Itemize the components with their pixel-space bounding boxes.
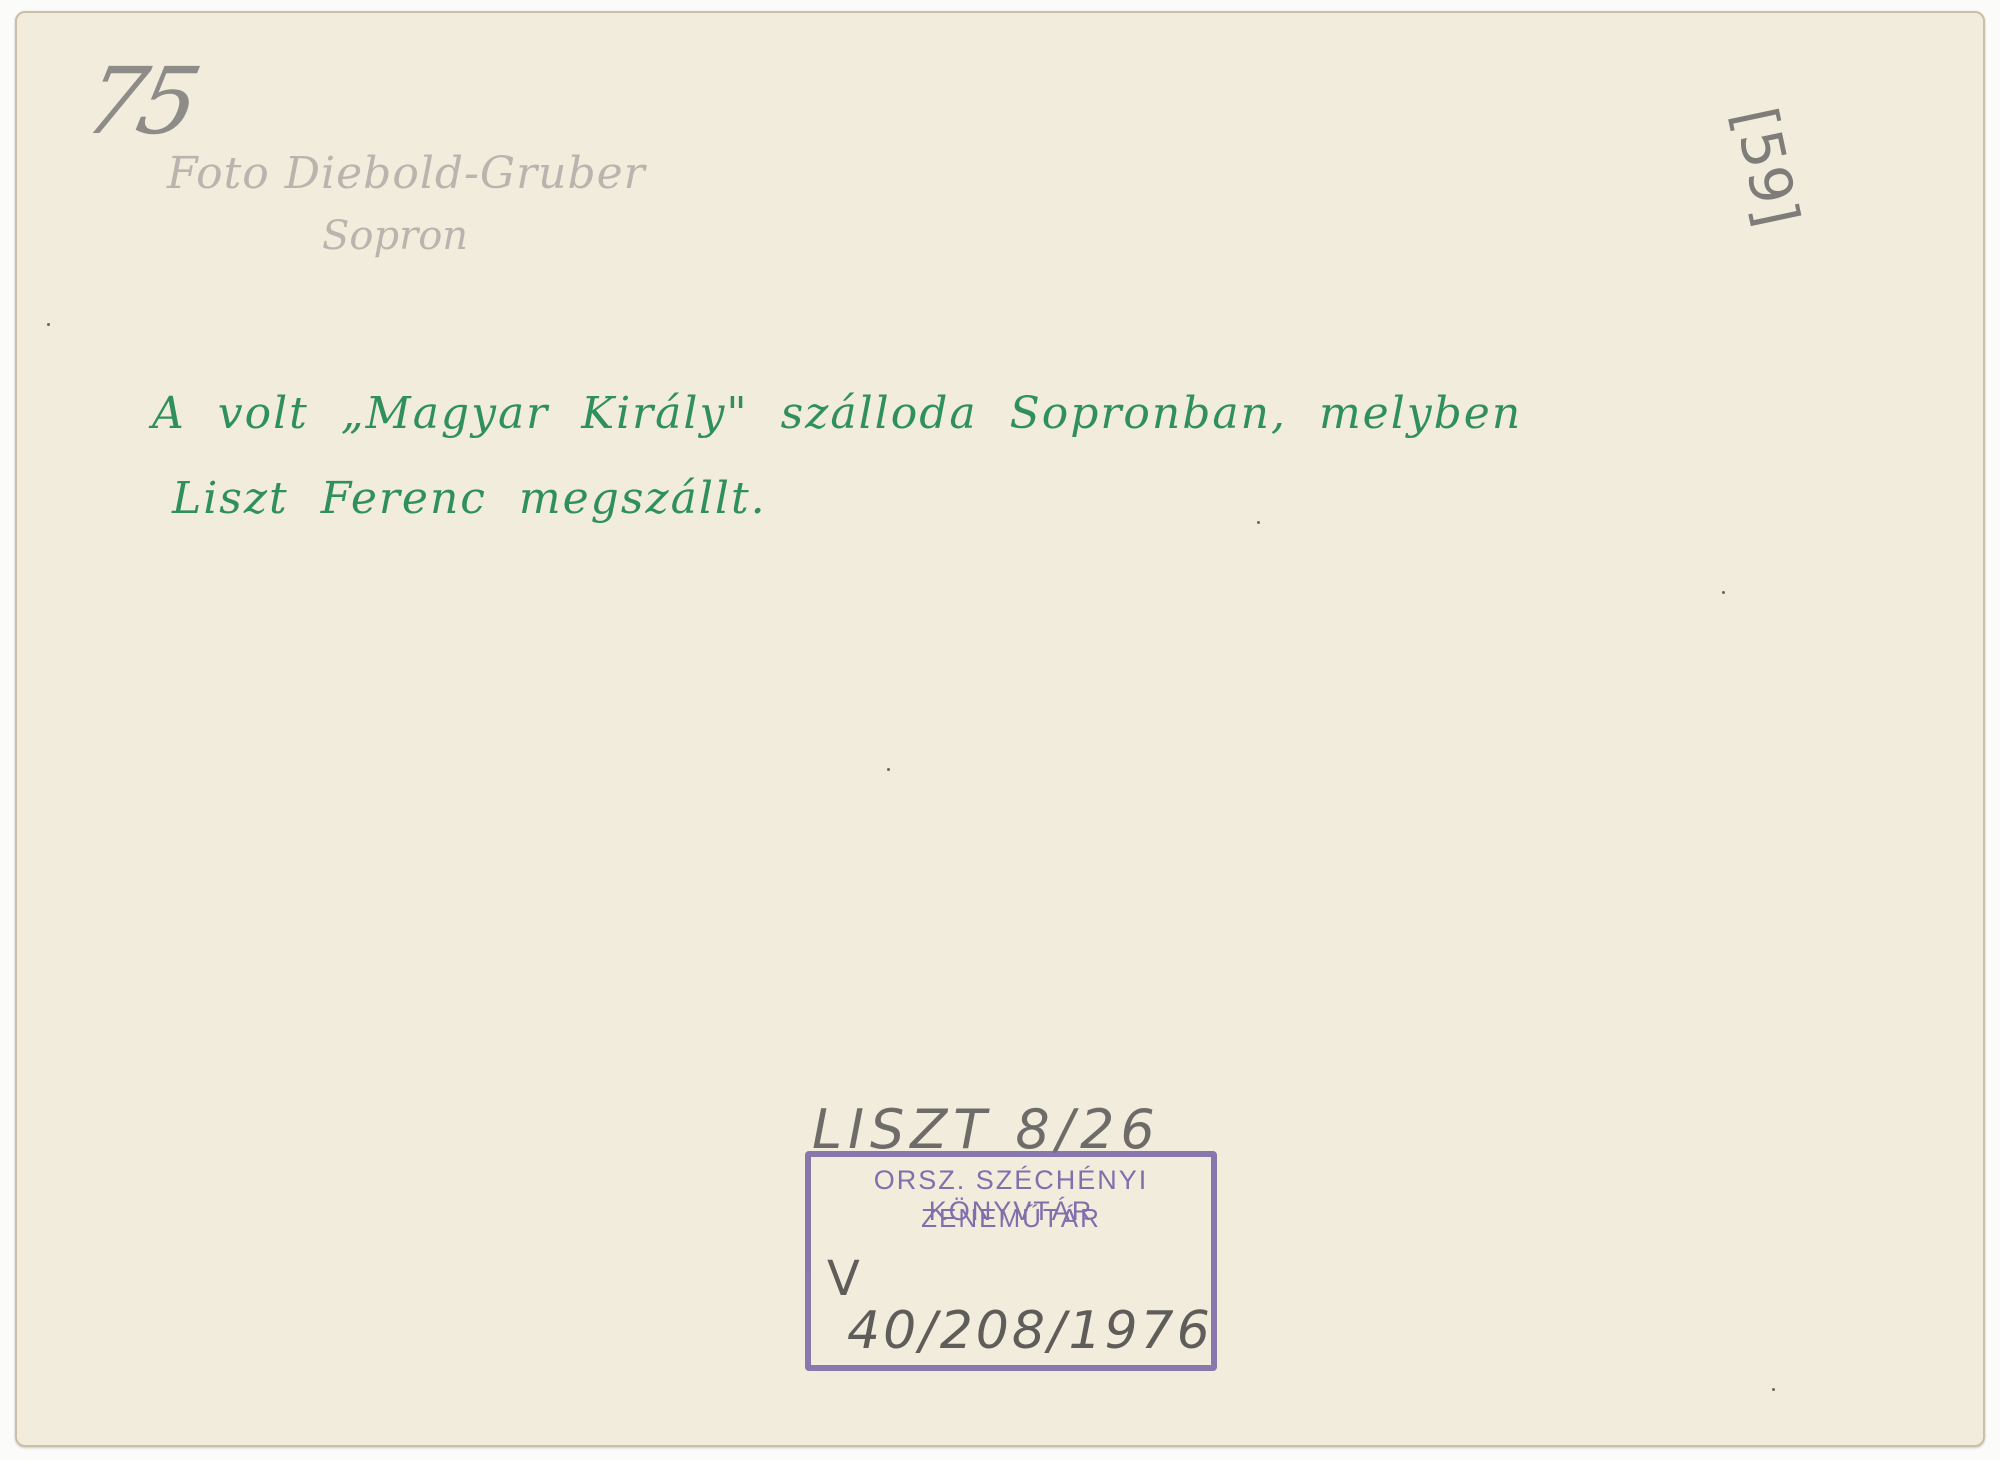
paper-speck xyxy=(47,323,50,326)
paper-speck xyxy=(887,768,890,771)
paper-speck xyxy=(1772,1388,1775,1391)
caption-line-2: Liszt Ferenc megszállt. xyxy=(172,473,767,524)
photo-card-verso: 75 Foto Diebold-Gruber Sopron [59] A vol… xyxy=(15,11,1985,1447)
pencil-number: 75 xyxy=(76,48,204,155)
studio-imprint-city: Sopron xyxy=(322,213,468,259)
caption-line-1: A volt „Magyar Király" szálloda Sopronba… xyxy=(152,388,1522,439)
rotated-pencil-mark: [59] xyxy=(1721,102,1812,233)
registration-prefix: V xyxy=(827,1251,860,1307)
registration-number: 40/208/1976 xyxy=(847,1301,1213,1361)
stamp-department: ZENEMŰTÁR xyxy=(811,1203,1211,1234)
paper-speck xyxy=(1257,521,1260,524)
paper-speck xyxy=(1722,591,1725,594)
studio-imprint-name: Foto Diebold-Gruber xyxy=(167,148,646,199)
